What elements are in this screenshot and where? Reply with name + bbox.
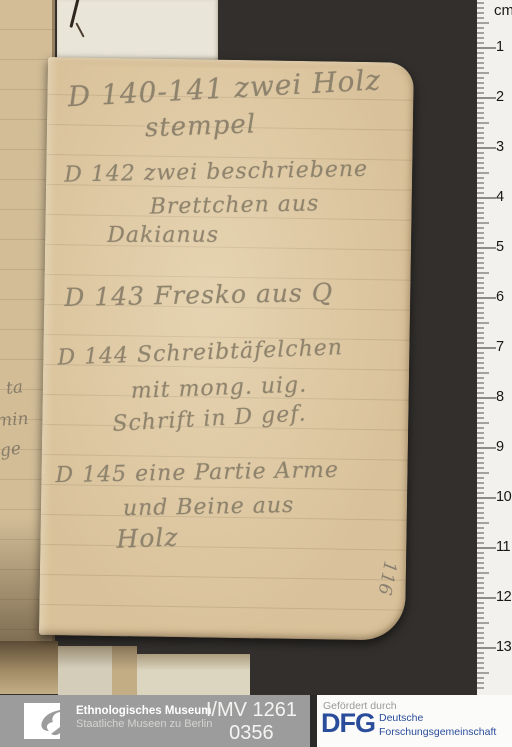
handwriting-line: stempel <box>144 109 256 143</box>
ruler-tick <box>477 312 484 314</box>
ruler-tick <box>477 687 484 689</box>
museum-name: Ethnologisches Museum <box>76 704 212 718</box>
ruler-tick <box>477 367 484 369</box>
ruler-tick <box>477 362 484 364</box>
ruler-tick <box>477 637 484 639</box>
ruler-tick <box>477 197 496 199</box>
handwriting-fragment: ge <box>0 439 22 462</box>
ruler-tick <box>477 107 484 109</box>
ruler-tick <box>477 307 484 309</box>
ruler-tick <box>477 397 496 399</box>
ruler-tick <box>477 12 484 14</box>
ruler-number: 10 <box>496 490 512 505</box>
handwriting-line: mit mong. uig. <box>130 373 307 404</box>
ruler-tick <box>477 82 484 84</box>
handwriting-line: Schrift in D gef. <box>112 401 307 436</box>
ruler-tick <box>477 577 484 579</box>
ruler-tick <box>477 77 484 79</box>
ruler-tick <box>477 382 484 384</box>
ruler-tick <box>477 232 484 234</box>
ruler-tick <box>477 627 484 629</box>
ruler-tick <box>477 402 484 404</box>
ruler-tick <box>477 227 484 229</box>
ruler-tick <box>477 102 484 104</box>
ruler-tick <box>477 52 484 54</box>
ruler-tick <box>477 322 489 324</box>
ruler-tick <box>477 202 484 204</box>
inventory-number: I/MV 1261 <box>206 699 297 722</box>
handwriting-line: D 142 zwei beschriebene <box>64 157 368 188</box>
ruler-tick <box>477 442 484 444</box>
ruler-tick <box>477 157 484 159</box>
ruler-tick <box>477 662 484 664</box>
ruler-number: 7 <box>496 340 512 355</box>
ruler-tick <box>477 222 489 224</box>
ruler-tick <box>477 32 484 34</box>
ruler-tick <box>477 472 489 474</box>
ruler-tick <box>477 447 496 449</box>
ruler-tick <box>477 247 496 249</box>
ruler-number: 11 <box>496 540 512 555</box>
footer-divider <box>310 695 317 747</box>
ruler-tick <box>477 87 484 89</box>
ruler-tick <box>477 122 489 124</box>
ruler-tick <box>477 462 484 464</box>
handwriting-line: und Beine aus <box>123 493 295 521</box>
ruler-tick <box>477 672 489 674</box>
digitized-scan: ta min ge D 140-141 zwei Holz stempel D … <box>0 0 512 747</box>
ruler-tick <box>477 237 484 239</box>
ruler-tick <box>477 392 484 394</box>
ruler: cm 12345678910111213 <box>477 0 512 695</box>
ruler-tick <box>477 492 484 494</box>
bottom-paper-strip <box>112 646 137 695</box>
ruler-number: 13 <box>496 640 512 655</box>
ruler-tick <box>477 572 489 574</box>
bottom-paper-strip <box>58 646 112 695</box>
ruler-tick <box>477 22 489 24</box>
ruler-tick <box>477 542 484 544</box>
ruler-tick <box>477 497 496 499</box>
page-number: 116 <box>373 559 400 597</box>
ruler-tick <box>477 287 484 289</box>
ruler-tick <box>477 417 484 419</box>
ruler-tick <box>477 562 484 564</box>
bottom-paper-strip <box>0 641 58 694</box>
ruler-tick <box>477 547 496 549</box>
ruler-tick <box>477 617 484 619</box>
ruler-tick <box>477 652 484 654</box>
dfg-logo: DFG <box>321 708 375 739</box>
handwriting-line: Brettchen aus <box>149 191 319 219</box>
ruler-tick <box>477 597 496 599</box>
ruler-tick <box>477 352 484 354</box>
ruler-tick <box>477 487 484 489</box>
ruler-tick <box>477 657 484 659</box>
ruler-tick <box>477 587 484 589</box>
ruler-tick <box>477 482 484 484</box>
ruler-tick <box>477 527 484 529</box>
ruler-number: 2 <box>496 90 512 105</box>
ruler-tick <box>477 267 484 269</box>
ruler-tick <box>477 682 484 684</box>
ruler-unit-label: cm <box>494 2 512 19</box>
ruler-tick <box>477 602 484 604</box>
ruler-tick <box>477 262 484 264</box>
ruler-tick <box>477 67 484 69</box>
ruler-tick <box>477 147 496 149</box>
ruler-tick <box>477 2 484 4</box>
ruler-number: 3 <box>496 140 512 155</box>
ruler-tick <box>477 327 484 329</box>
ruler-tick <box>477 177 484 179</box>
ruler-tick <box>477 622 489 624</box>
ruler-tick <box>477 142 484 144</box>
ruler-tick <box>477 42 484 44</box>
ruler-tick <box>477 217 484 219</box>
ruler-tick <box>477 117 484 119</box>
footer-bar: Ethnologisches Museum Staatliche Museen … <box>0 695 512 747</box>
museum-logo <box>24 703 60 739</box>
ruler-tick <box>477 557 484 559</box>
ruler-tick <box>477 517 484 519</box>
ruler-tick <box>477 387 484 389</box>
ruler-tick <box>477 187 484 189</box>
inventory-sequence: 0356 <box>206 722 297 745</box>
museum-subtitle: Staatliche Museen zu Berlin <box>76 718 212 732</box>
handwriting-line: D 143 Fresko aus Q <box>64 278 334 312</box>
ruler-tick <box>477 127 484 129</box>
ruler-tick <box>477 537 484 539</box>
ruler-tick <box>477 437 484 439</box>
ruler-tick <box>477 47 496 49</box>
ruler-tick <box>477 162 484 164</box>
ruler-tick <box>477 412 484 414</box>
ruler-tick <box>477 612 484 614</box>
ruler-tick <box>477 567 484 569</box>
funder-name: Deutsche Forschungsgemeinschaft <box>379 712 496 739</box>
ruler-tick <box>477 242 484 244</box>
ruler-number: 1 <box>496 40 512 55</box>
ruler-tick <box>477 432 484 434</box>
notebook-page: D 140-141 zwei Holz stempel D 142 zwei b… <box>39 57 414 641</box>
ruler-tick <box>477 72 489 74</box>
dfg-bar: Gefördert durch DFG Deutsche Forschungsg… <box>317 695 512 747</box>
ruler-number: 6 <box>496 290 512 305</box>
ruler-tick <box>477 252 484 254</box>
ruler-tick <box>477 477 484 479</box>
ruler-tick <box>477 282 484 284</box>
handwriting-line: Dakianus <box>107 223 219 248</box>
ruler-tick <box>477 457 484 459</box>
ruler-tick <box>477 97 496 99</box>
ruler-tick <box>477 302 484 304</box>
handwriting-line: D 144 Schreibtäfelchen <box>57 335 343 370</box>
ruler-tick <box>477 407 484 409</box>
ruler-tick <box>477 552 484 554</box>
ruler-number: 12 <box>496 590 512 605</box>
ruler-tick <box>477 452 484 454</box>
ruler-tick <box>477 112 484 114</box>
tear-mark <box>75 22 84 37</box>
ruler-tick <box>477 347 496 349</box>
ruler-tick <box>477 422 489 424</box>
ruler-tick <box>477 192 484 194</box>
handwriting-line: Holz <box>116 522 179 553</box>
ruler-number: 4 <box>496 190 512 205</box>
bottom-paper-strip <box>137 654 250 695</box>
handwriting-line: D 145 eine Partie Arme <box>55 458 339 488</box>
ruler-tick <box>477 607 484 609</box>
ruler-tick <box>477 182 484 184</box>
ruler-tick <box>477 167 484 169</box>
ruler-tick <box>477 62 484 64</box>
ruler-tick <box>477 512 484 514</box>
ruler-tick <box>477 427 484 429</box>
ruler-tick <box>477 132 484 134</box>
ruler-tick <box>477 667 484 669</box>
handwriting-fragment: ta <box>5 377 24 399</box>
ruler-number: 5 <box>496 240 512 255</box>
ruler-tick <box>477 677 484 679</box>
paper-fragment-top <box>57 0 218 60</box>
ruler-tick <box>477 37 484 39</box>
museum-names: Ethnologisches Museum Staatliche Museen … <box>76 704 212 732</box>
ruler-tick <box>477 277 484 279</box>
ruler-tick <box>477 17 484 19</box>
ruler-tick <box>477 92 484 94</box>
ruler-tick <box>477 137 484 139</box>
ruler-tick <box>477 207 484 209</box>
ruler-tick <box>477 7 484 9</box>
ruler-tick <box>477 522 489 524</box>
museum-bar: Ethnologisches Museum Staatliche Museen … <box>0 695 310 747</box>
ruler-tick <box>477 332 484 334</box>
inventory-label: I/MV 1261 0356 <box>206 699 297 745</box>
ruler-tick <box>477 212 484 214</box>
ruler-tick <box>477 642 484 644</box>
handwriting-line: D 140-141 zwei Holz <box>67 63 382 113</box>
ruler-tick <box>477 592 484 594</box>
ruler-tick <box>477 342 484 344</box>
ruler-tick <box>477 632 484 634</box>
ruler-tick <box>477 582 484 584</box>
ruler-tick <box>477 27 484 29</box>
ruler-tick <box>477 357 484 359</box>
ruler-tick <box>477 152 484 154</box>
ruler-tick <box>477 292 484 294</box>
ruler-tick <box>477 467 484 469</box>
ruler-tick <box>477 57 484 59</box>
ruler-tick <box>477 647 496 649</box>
ruler-tick <box>477 272 489 274</box>
ruler-number: 8 <box>496 390 512 405</box>
ruler-tick <box>477 297 496 299</box>
ruler-number: 9 <box>496 440 512 455</box>
ruler-tick <box>477 502 484 504</box>
ruler-tick <box>477 172 489 174</box>
ruler-tick <box>477 337 484 339</box>
ruler-tick <box>477 372 489 374</box>
ruler-tick <box>477 532 484 534</box>
ruler-tick <box>477 257 484 259</box>
handwriting-fragment: min <box>0 409 29 431</box>
ruler-tick <box>477 377 484 379</box>
ruler-tick <box>477 317 484 319</box>
ruler-tick <box>477 507 484 509</box>
